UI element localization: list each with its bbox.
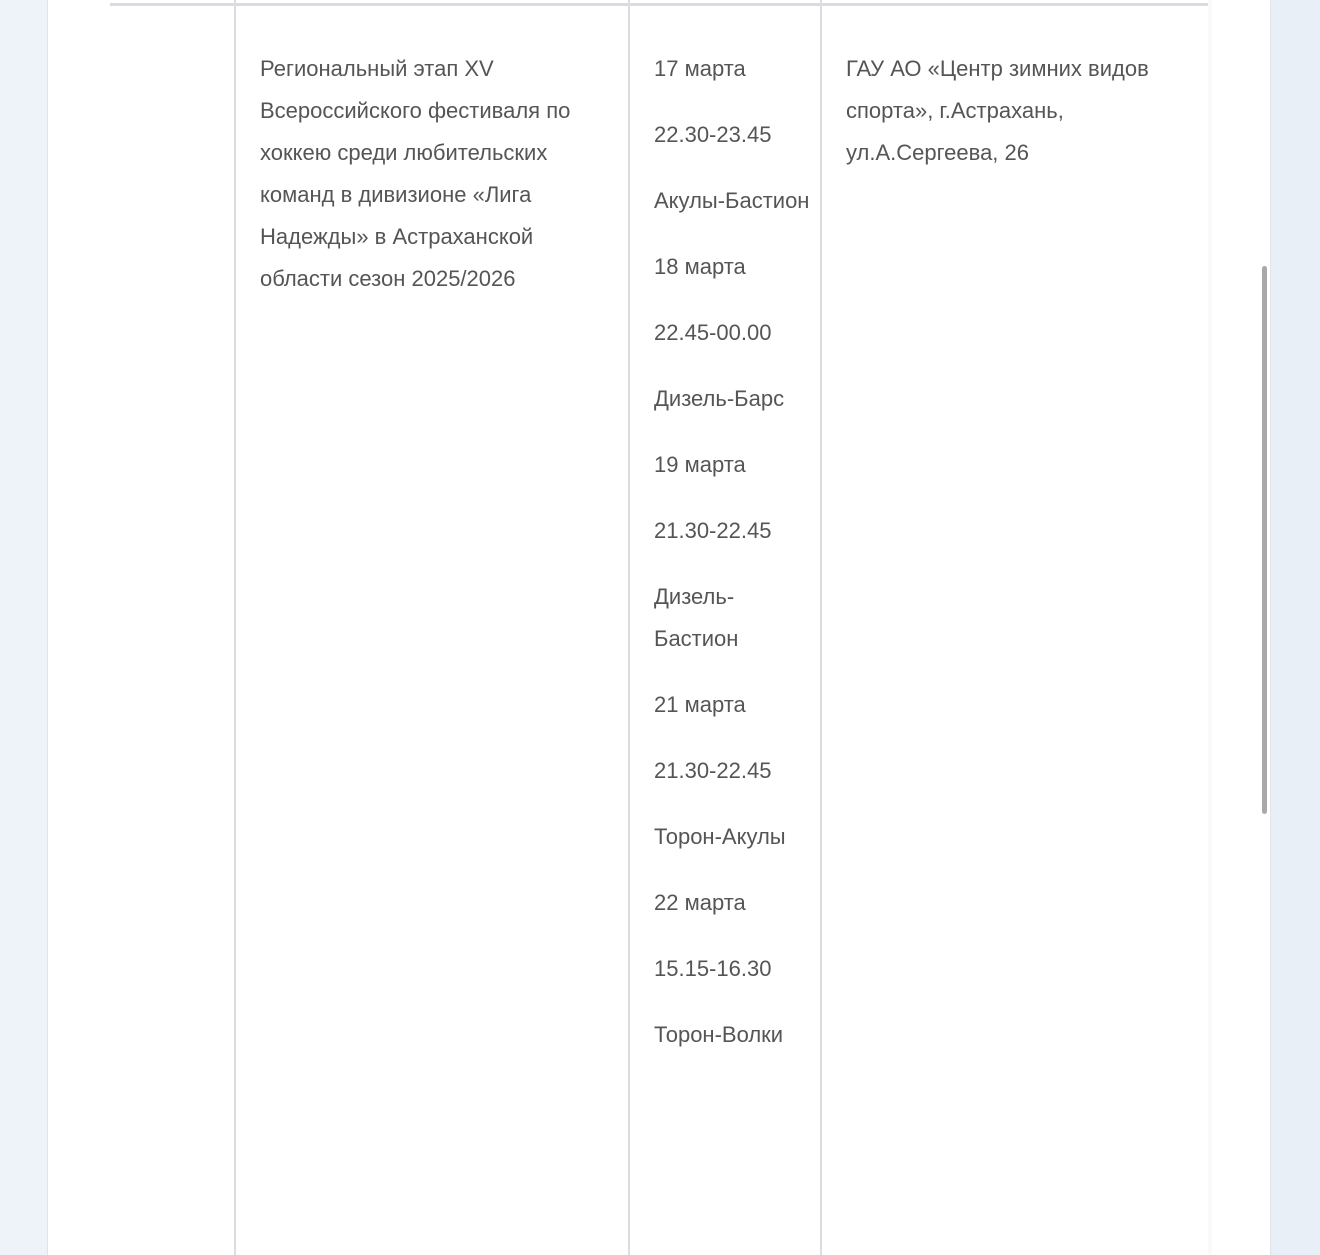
schedule-table: Региональный этап XV Всероссийского фест…	[110, 0, 1208, 1255]
schedule-date: 22 марта	[654, 882, 814, 924]
schedule-match: Торон-Волки	[654, 1014, 814, 1056]
schedule-date: 17 марта	[654, 48, 814, 90]
column-divider	[820, 0, 822, 1255]
schedule-match: Акулы-Бастион	[654, 180, 814, 222]
schedule-time: 22.45-00.00	[654, 312, 814, 354]
schedule-match: Дизель-Барс	[654, 378, 814, 420]
schedule-date: 19 марта	[654, 444, 814, 486]
table-header-border	[110, 3, 1208, 6]
schedule-time: 21.30-22.45	[654, 510, 814, 552]
schedule-time: 21.30-22.45	[654, 750, 814, 792]
schedule-match: Торон-Акулы	[654, 816, 814, 858]
schedule-time: 15.15-16.30	[654, 948, 814, 990]
venue-cell: ГАУ АО «Центр зимних видов спорта», г.Ас…	[846, 48, 1206, 174]
schedule-date: 18 марта	[654, 246, 814, 288]
vertical-scrollbar[interactable]	[1262, 266, 1267, 814]
schedule-cell: 17 марта 22.30-23.45 Акулы-Бастион 18 ма…	[654, 48, 814, 1080]
event-name-cell: Региональный этап XV Всероссийского фест…	[260, 48, 600, 300]
schedule-date: 21 марта	[654, 684, 814, 726]
column-divider	[234, 0, 236, 1255]
page-content: Региональный этап XV Всероссийского фест…	[48, 0, 1270, 1255]
schedule-match: Дизель-Бастион	[654, 576, 814, 660]
schedule-time: 22.30-23.45	[654, 114, 814, 156]
column-divider	[628, 0, 630, 1255]
